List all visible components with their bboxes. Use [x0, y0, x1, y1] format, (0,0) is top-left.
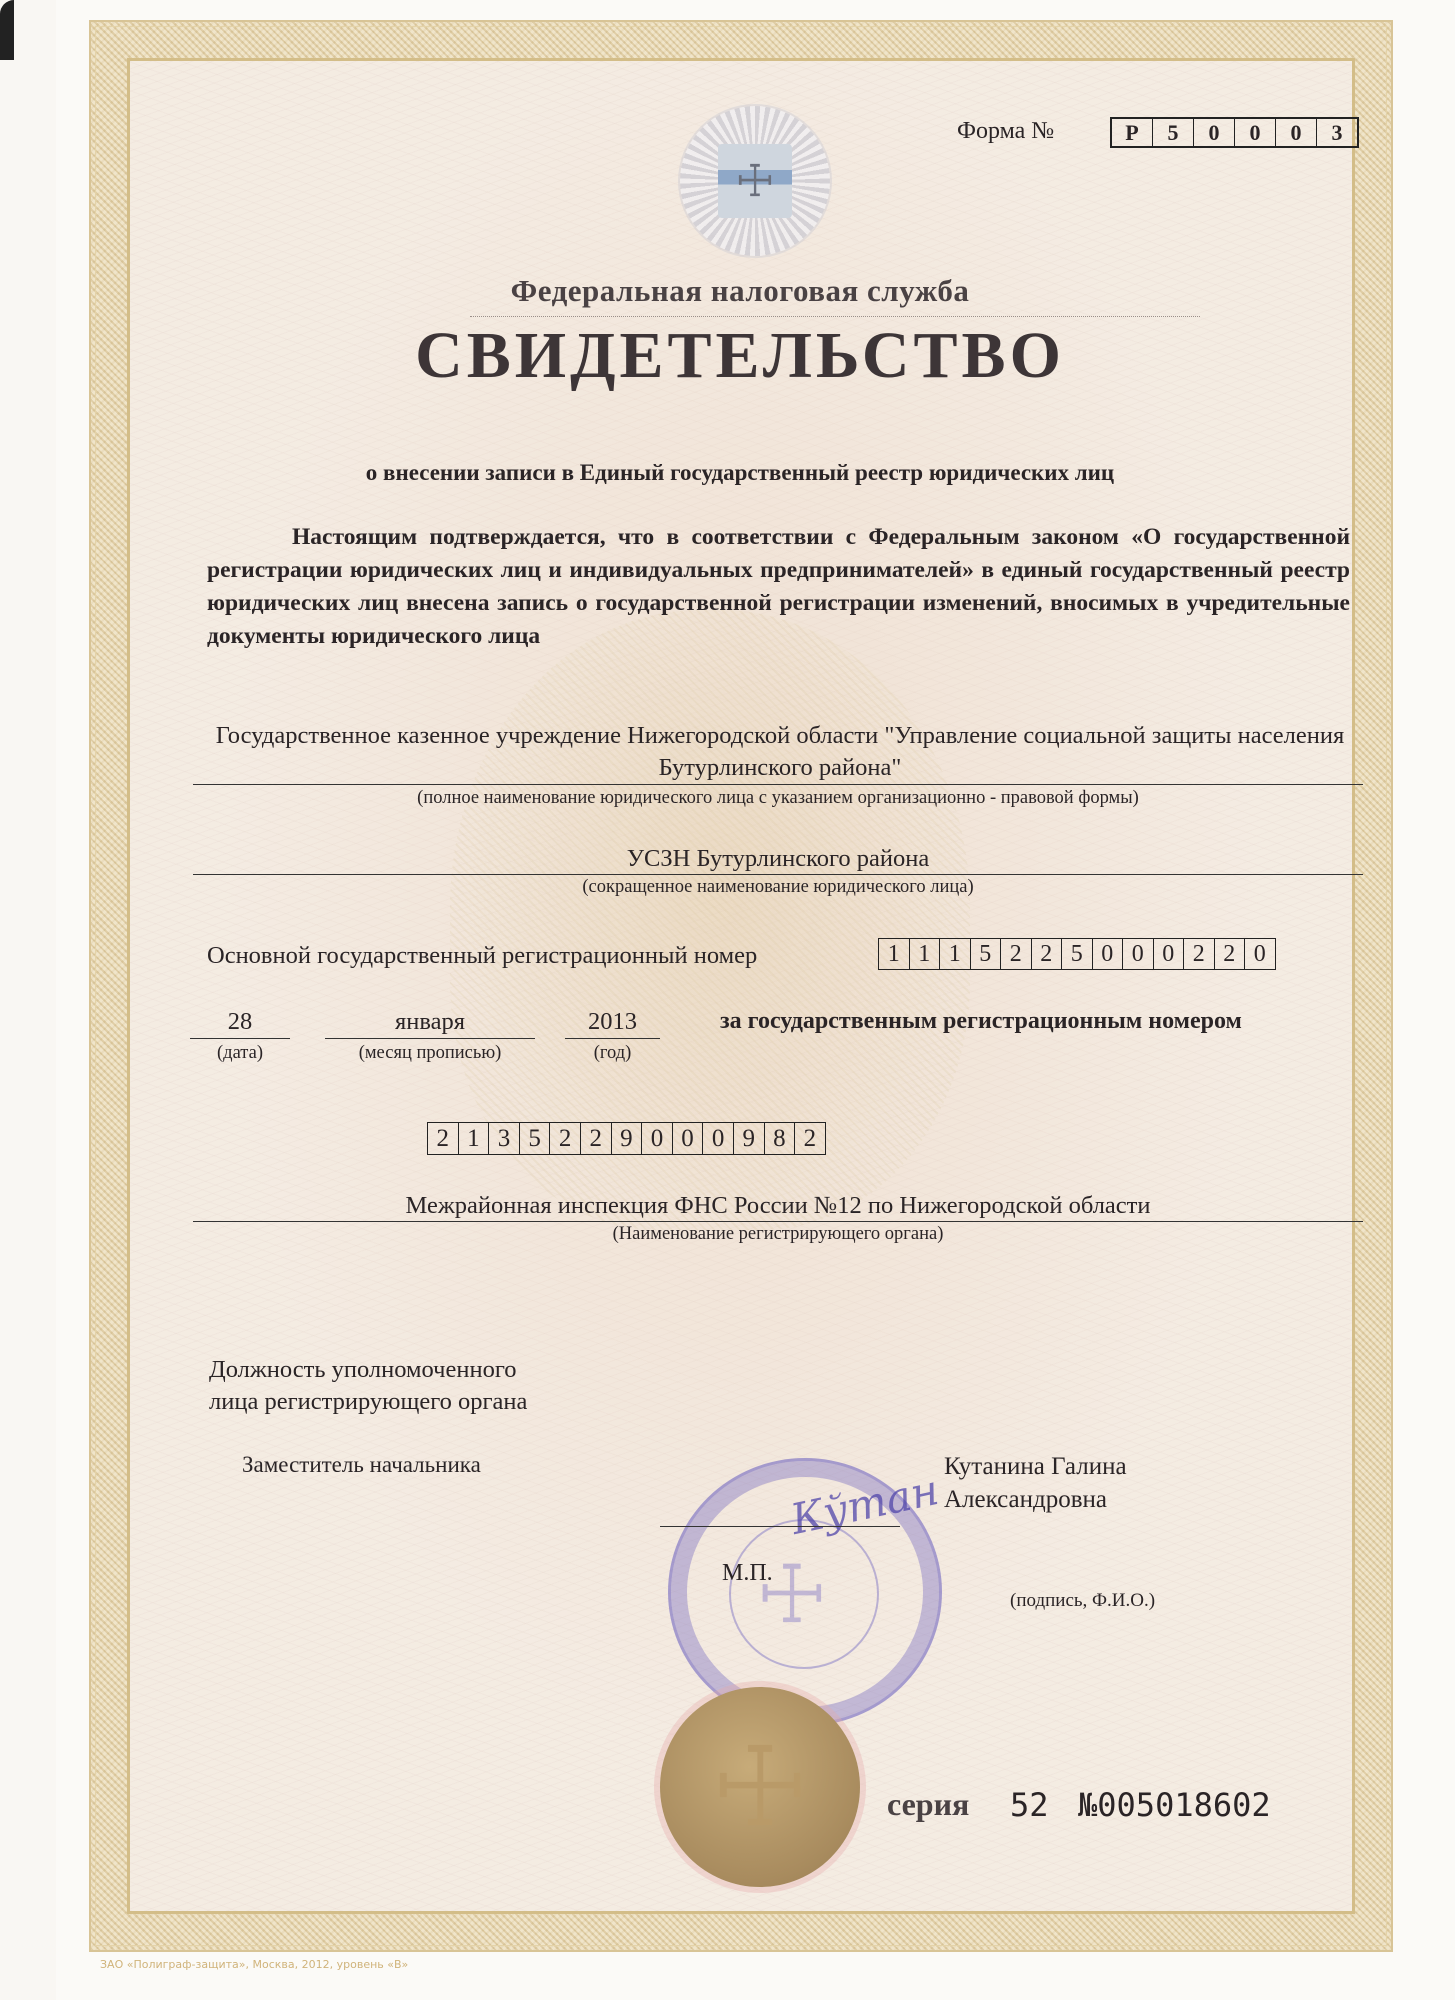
ogrn-label: Основной государственный регистрационный…: [207, 942, 757, 970]
position-label: Должность уполномоченного лица регистрир…: [209, 1354, 527, 1418]
form-digit: 0: [1276, 119, 1317, 146]
grn-digit: 2: [795, 1123, 825, 1154]
emblem-hologram-icon: ☩: [680, 106, 830, 256]
document-title: СВИДЕТЕЛЬСТВО: [220, 318, 1260, 394]
form-digit: 5: [1153, 119, 1194, 146]
grn-digit: 3: [489, 1123, 520, 1154]
eagle-icon: ☩: [718, 144, 792, 218]
field-underline: [193, 874, 1363, 875]
agency-name: Федеральная налоговая служба: [300, 273, 1180, 309]
ogrn-digit: 5: [1062, 939, 1093, 969]
form-number-label: Форма №: [957, 118, 1054, 145]
double-headed-eagle-seal-icon: ☩: [660, 1687, 860, 1887]
entity-full-name-caption: (полное наименование юридического лица с…: [193, 788, 1363, 809]
printer-note: ЗАО «Полиграф-защита», Москва, 2012, уро…: [100, 1958, 408, 1971]
grn-digit: 9: [734, 1123, 765, 1154]
agency-divider: [470, 316, 1200, 317]
ogrn-digit: 0: [1123, 939, 1154, 969]
ogrn-digit: 5: [971, 939, 1002, 969]
series-value: 52: [1010, 1786, 1049, 1824]
document-subtitle: о внесении записи в Единый государственн…: [220, 460, 1260, 486]
entity-full-name: Государственное казенное учреждение Ниже…: [195, 720, 1365, 784]
signature-line: [660, 1526, 900, 1527]
registering-authority-caption: (Наименование регистрирующего органа): [193, 1224, 1363, 1245]
stamp-place-label: М.П.: [722, 1560, 773, 1587]
field-underline: [325, 1038, 535, 1039]
ogrn-number-boxes: 1 1 1 5 2 2 5 0 0 0 2 2 0: [878, 938, 1276, 970]
registration-year: 2013: [565, 1008, 660, 1036]
entity-short-name-caption: (сокращенное наименование юридического л…: [193, 877, 1363, 898]
form-digit: 3: [1317, 119, 1357, 146]
statement-paragraph: Настоящим подтверждается, что в соответс…: [207, 521, 1350, 653]
field-underline: [193, 784, 1363, 785]
field-underline: [565, 1038, 660, 1039]
signatory-name: Кутанина Галина Александровна: [944, 1450, 1127, 1516]
grn-digit: 1: [459, 1123, 490, 1154]
ogrn-digit: 1: [879, 939, 910, 969]
position-label-line: лица регистрирующего органа: [209, 1386, 527, 1418]
registering-authority: Межрайонная инспекция ФНС России №12 по …: [193, 1192, 1363, 1220]
ogrn-digit: 2: [1215, 939, 1246, 969]
registration-day: 28: [190, 1008, 290, 1036]
grn-digit: 8: [765, 1123, 796, 1154]
signatory-name-line: Александровна: [944, 1483, 1127, 1516]
signature-caption: (подпись, Ф.И.О.): [1010, 1590, 1155, 1612]
registration-day-caption: (дата): [190, 1043, 290, 1064]
grn-digit: 0: [642, 1123, 673, 1154]
ogrn-digit: 0: [1245, 939, 1275, 969]
grn-number-boxes: 2 1 3 5 2 2 9 0 0 0 9 8 2: [427, 1122, 826, 1155]
entity-short-name: УСЗН Бутурлинского района: [193, 845, 1363, 873]
form-number-boxes: Р 5 0 0 0 3: [1110, 117, 1359, 148]
ogrn-digit: 0: [1154, 939, 1185, 969]
grn-digit: 0: [673, 1123, 704, 1154]
ogrn-digit: 1: [910, 939, 941, 969]
grn-digit: 2: [581, 1123, 612, 1154]
form-digit: 0: [1235, 119, 1276, 146]
ogrn-digit: 0: [1093, 939, 1124, 969]
grn-label: за государственным регистрационным номер…: [720, 1008, 1242, 1035]
field-underline: [193, 1221, 1363, 1222]
certificate-number: №005018602: [1078, 1786, 1271, 1824]
grn-digit: 2: [550, 1123, 581, 1154]
ogrn-digit: 1: [940, 939, 971, 969]
field-underline: [190, 1038, 290, 1039]
ogrn-digit: 2: [1001, 939, 1032, 969]
form-digit: 0: [1194, 119, 1235, 146]
signatory-name-line: Кутанина Галина: [944, 1450, 1127, 1483]
grn-digit: 2: [428, 1123, 459, 1154]
registration-month: января: [325, 1008, 535, 1036]
position-label-line: Должность уполномоченного: [209, 1354, 527, 1386]
ogrn-digit: 2: [1032, 939, 1063, 969]
signatory-position: Заместитель начальника: [242, 1452, 481, 1478]
scanner-edge: [0, 0, 14, 60]
registration-year-caption: (год): [565, 1043, 660, 1064]
registration-month-caption: (месяц прописью): [325, 1043, 535, 1064]
grn-digit: 9: [612, 1123, 643, 1154]
ogrn-digit: 2: [1184, 939, 1215, 969]
series-label: серия: [887, 1786, 969, 1823]
form-digit: Р: [1112, 119, 1153, 146]
grn-digit: 0: [703, 1123, 734, 1154]
grn-digit: 5: [520, 1123, 551, 1154]
